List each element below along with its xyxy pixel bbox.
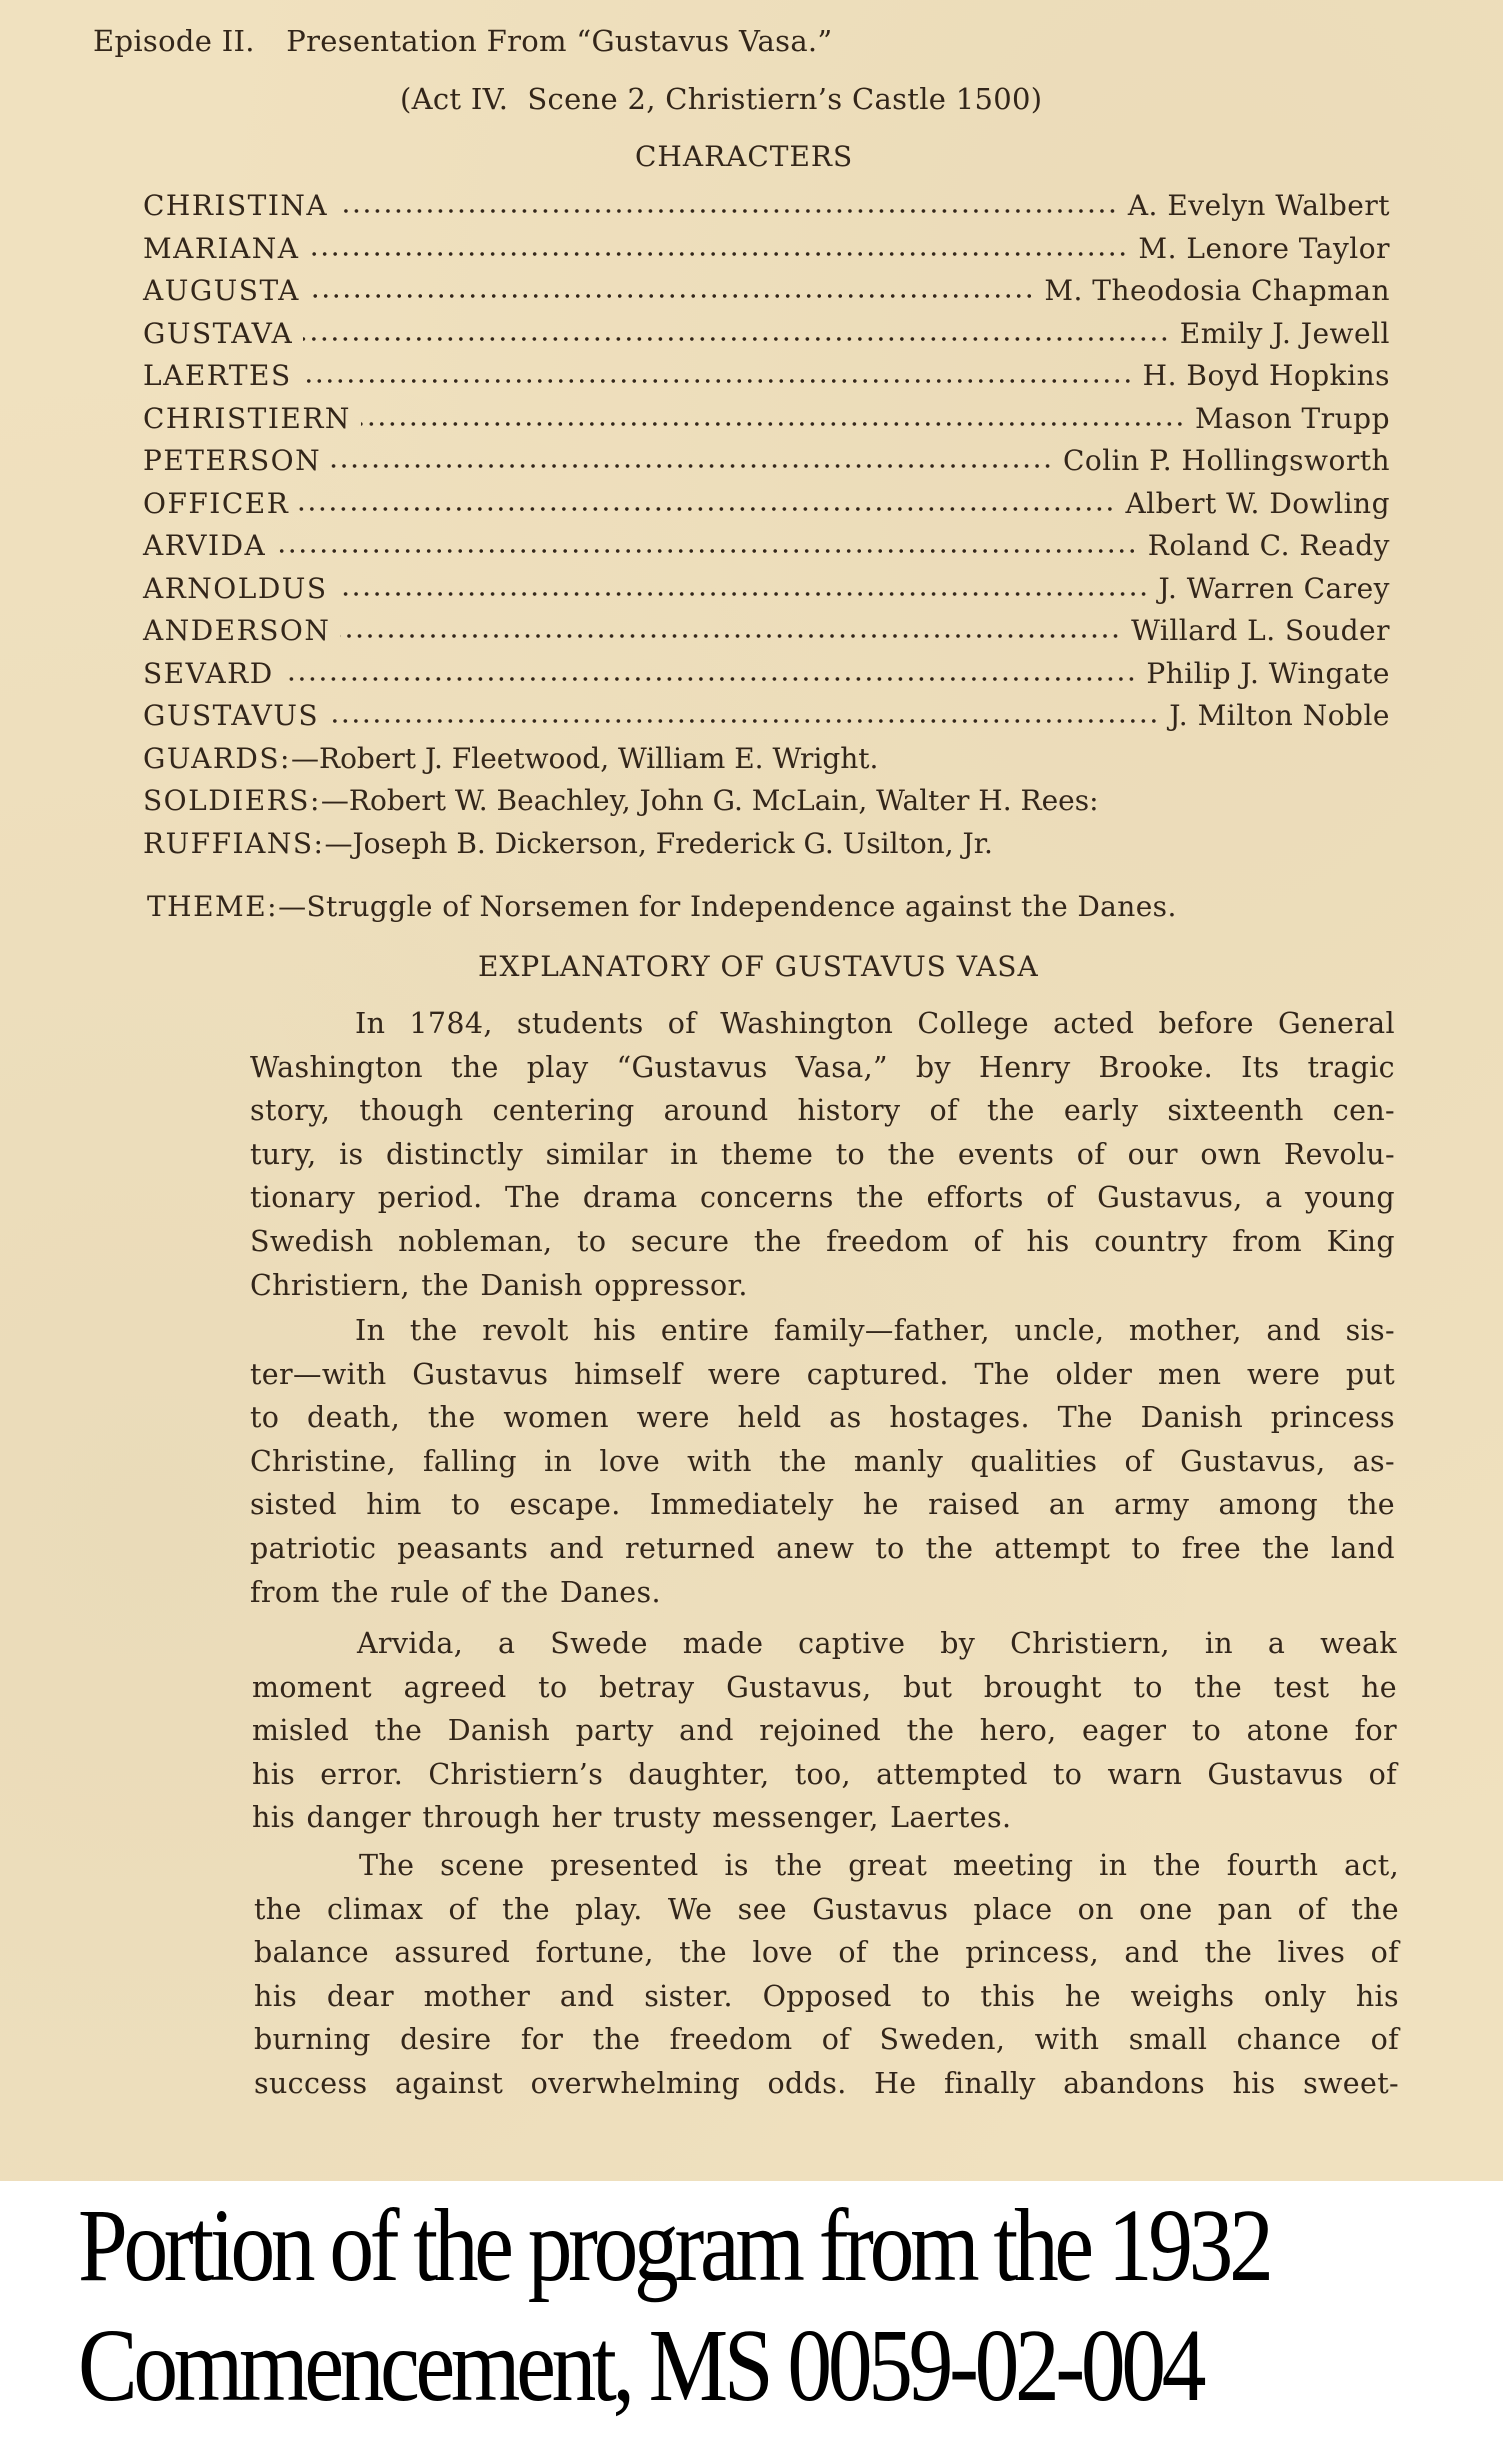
role-name: GUSTAVA [143,313,293,356]
explanatory-paragraph-4: The scene presented is the great meeting… [254,1844,1399,2106]
actor-name: J. Warren Carey [1158,568,1390,611]
role-name: OFFICER [143,483,289,526]
role-name: ANDERSON [143,610,330,653]
cast-row: AUGUSTAM. Theodosia Chapman [143,270,1390,313]
role-name: CHRISTIERN [143,398,351,441]
dot-leader [338,209,1118,213]
paragraph-line: In 1784, students of Washington College … [250,1002,1395,1046]
paragraph-line: Christine, falling in love with the manl… [250,1440,1395,1484]
paragraph-line: Swedish nobleman, to secure the freedom … [250,1220,1395,1264]
theme-text: —Struggle of Norsemen for Independence a… [278,890,1177,923]
cast-row: GUSTAVUSJ. Milton Noble [143,695,1390,738]
paragraph-line: burning desire for the freedom of Sweden… [254,2018,1399,2062]
role-name: AUGUSTA [143,270,300,313]
role-name: CHRISTINA [143,185,328,228]
caption-line-2: Commencement, MS 0059-02-004 [78,2306,1196,2426]
role-name: LAERTES [143,355,292,398]
explanatory-heading: EXPLANATORY OF GUSTAVUS VASA [478,950,1039,983]
actor-name: Albert W. Dowling [1125,483,1390,526]
cast-list: CHRISTINAA. Evelyn Walbert MARIANAM. Len… [143,185,1390,865]
cast-row: CHRISTIERNMason Trupp [143,398,1390,441]
actor-name: H. Boyd Hopkins [1143,355,1390,398]
actor-name: J. Milton Noble [1169,695,1390,738]
paragraph-line: from the rule of the Danes. [250,1571,1395,1615]
paragraph-line: Washington the play “Gustavus Vasa,” by … [250,1046,1395,1090]
paragraph-line: tury, is distinctly similar in theme to … [250,1133,1395,1177]
cast-row: PETERSONColin P. Hollingsworth [143,440,1390,483]
paragraph-line: The scene presented is the great meeting… [254,1844,1399,1888]
dot-leader [331,464,1053,468]
dot-leader [303,337,1170,341]
paragraph-line: misled the Danish party and rejoined the… [252,1709,1397,1753]
group-label: GUARDS: [143,742,291,775]
role-name: MARIANA [143,228,299,271]
role-name: ARNOLDUS [143,568,328,611]
paragraph-line: the climax of the play. We see Gustavus … [254,1888,1399,1932]
dot-leader [361,422,1185,426]
dot-leader [284,677,1137,681]
actor-name: Willard L. Souder [1131,610,1390,653]
paragraph-line: ter—with Gustavus himself were captured.… [250,1353,1395,1397]
explanatory-paragraph-1: In 1784, students of Washington College … [250,1002,1395,1307]
actor-name: Colin P. Hollingsworth [1063,440,1390,483]
actor-name: M. Theodosia Chapman [1044,270,1390,313]
paragraph-line: his error. Christiern’s daughter, too, a… [252,1753,1397,1797]
actor-name: Philip J. Wingate [1146,653,1390,696]
theme-line: THEME:—Struggle of Norsemen for Independ… [147,890,1177,923]
actor-name: M. Lenore Taylor [1138,228,1390,271]
role-name: SEVARD [143,653,274,696]
paragraph-line: success against overwhelming odds. He fi… [254,2062,1399,2106]
cast-row: SEVARDPhilip J. Wingate [143,653,1390,696]
cast-row: ARVIDARoland C. Ready [143,525,1390,568]
explanatory-paragraph-2: In the revolt his entire family—father, … [250,1309,1395,1614]
paragraph-line: to death, the women were held as hostage… [250,1396,1395,1440]
theme-label: THEME: [147,890,278,923]
group-row-guards: GUARDS:—Robert J. Fleetwood, William E. … [143,738,1390,781]
paragraph-line: moment agreed to betray Gustavus, but br… [252,1666,1397,1710]
cast-row: OFFICERAlbert W. Dowling [143,483,1390,526]
cast-row: CHRISTINAA. Evelyn Walbert [143,185,1390,228]
cast-row: ANDERSONWillard L. Souder [143,610,1390,653]
group-row-ruffians: RUFFIANS:—Joseph B. Dickerson, Frederick… [143,823,1390,866]
paragraph-line: tionary period. The drama concerns the e… [250,1176,1395,1220]
paragraph-line: balance assured fortune, the love of the… [254,1931,1399,1975]
actor-name: Emily J. Jewell [1180,313,1390,356]
cast-row: ARNOLDUSJ. Warren Carey [143,568,1390,611]
paragraph-line: patriotic peasants and returned anew to … [250,1527,1395,1571]
group-members: —Robert J. Fleetwood, William E. Wright. [291,742,878,775]
act-scene-subtitle: (Act IV. Scene 2, Christiern’s Castle 15… [400,82,1042,116]
paragraph-line: Arvida, a Swede made captive by Christie… [252,1622,1397,1666]
dot-leader [302,379,1133,383]
group-row-soldiers: SOLDIERS:—Robert W. Beachley, John G. Mc… [143,780,1390,823]
group-label: RUFFIANS: [143,827,324,860]
actor-name: A. Evelyn Walbert [1128,185,1390,228]
actor-name: Roland C. Ready [1148,525,1390,568]
episode-label: Episode II. [93,24,255,58]
dot-leader [338,592,1149,596]
paragraph-line: sisted him to escape. Immediately he rai… [250,1483,1395,1527]
explanatory-paragraph-3: Arvida, a Swede made captive by Christie… [252,1622,1397,1840]
dot-leader [310,294,1034,298]
paragraph-line: his dear mother and sister. Opposed to t… [254,1975,1399,2019]
image-caption: Portion of the program from the 1932 Com… [78,2186,1196,2426]
paragraph-line: In the revolt his entire family—father, … [250,1309,1395,1353]
cast-row: MARIANAM. Lenore Taylor [143,228,1390,271]
actor-name: Mason Trupp [1195,398,1390,441]
episode-title: Presentation From “Gustavus Vasa.” [286,24,832,58]
characters-heading: CHARACTERS [635,140,853,173]
episode-heading: Episode II. Presentation From “Gustavus … [93,24,833,58]
program-page-scan: Episode II. Presentation From “Gustavus … [0,0,1503,2181]
group-members: —Robert W. Beachley, John G. McLain, Wal… [321,784,1099,817]
cast-row: LAERTESH. Boyd Hopkins [143,355,1390,398]
group-members: —Joseph B. Dickerson, Frederick G. Usilt… [324,827,993,860]
cast-row: GUSTAVAEmily J. Jewell [143,313,1390,356]
role-name: GUSTAVUS [143,695,319,738]
dot-leader [309,252,1128,256]
paragraph-line: story, though centering around history o… [250,1089,1395,1133]
paragraph-line: Christiern, the Danish oppressor. [250,1264,1395,1308]
dot-leader [276,549,1137,553]
role-name: ARVIDA [143,525,266,568]
role-name: PETERSON [143,440,321,483]
dot-leader [329,719,1159,723]
group-label: SOLDIERS: [143,784,321,817]
paragraph-line: his danger through her trusty messenger,… [252,1796,1397,1840]
dot-leader [340,634,1121,638]
caption-line-1: Portion of the program from the 1932 [78,2186,1196,2306]
dot-leader [299,507,1115,511]
